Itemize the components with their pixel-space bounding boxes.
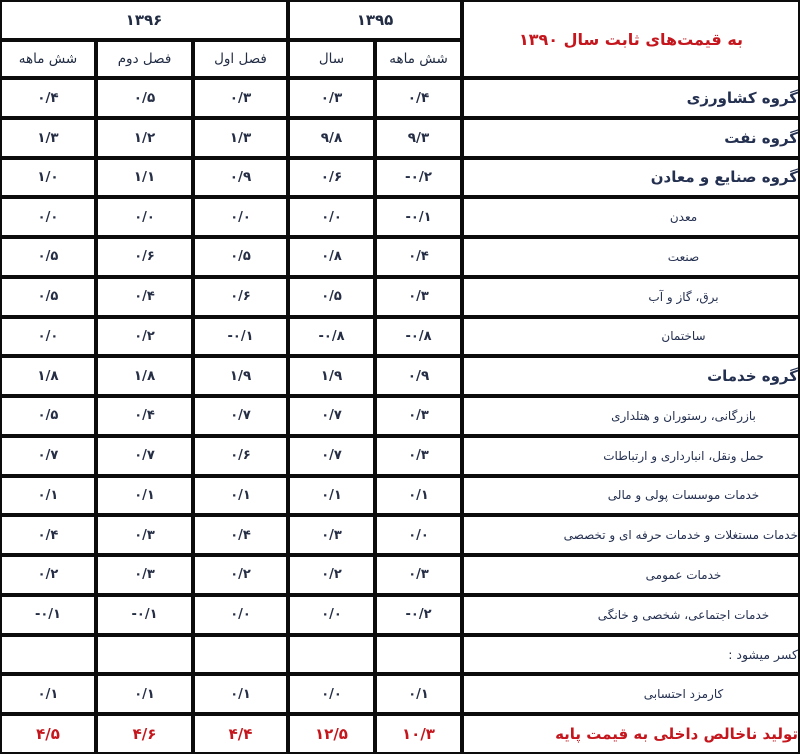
cell-value: ۰/۵ xyxy=(0,277,96,317)
cell-value: ۱/۸ xyxy=(0,356,96,396)
table-row: معدن-۰/۱۰/۰۰/۰۰/۰۰/۰ xyxy=(0,197,800,237)
row-label: خدمات عمومی xyxy=(462,555,800,595)
cell-value: ۰/۳ xyxy=(375,277,462,317)
table-row: کارمزد احتسابی۰/۱۰/۰۰/۱۰/۱۰/۱ xyxy=(0,674,800,714)
col-header-six-months-1395: شش ماهه xyxy=(375,40,462,78)
row-label: خدمات مستغلات و خدمات حرفه ای و تخصصی xyxy=(462,515,800,555)
cell-value: ۰/۵ xyxy=(288,277,375,317)
cell-value: ۰/۱ xyxy=(288,476,375,516)
cell-value: ۰/۵ xyxy=(193,237,288,277)
cell-value: ۰/۹ xyxy=(375,356,462,396)
table-row: برق، گاز و آب۰/۳۰/۵۰/۶۰/۴۰/۵ xyxy=(0,277,800,317)
table-row: خدمات موسسات پولی و مالی۰/۱۰/۱۰/۱۰/۱۰/۱ xyxy=(0,476,800,516)
row-label: خدمات موسسات پولی و مالی xyxy=(462,476,800,516)
cell-value: ۰/۴ xyxy=(375,78,462,118)
col-header-six-months-1396: شش ماهه xyxy=(0,40,96,78)
cell-value: -۰/۱ xyxy=(375,197,462,237)
cell-value xyxy=(0,635,96,675)
cell-value: ۰/۰ xyxy=(288,674,375,714)
cell-value: ۰/۰ xyxy=(375,515,462,555)
cell-value: ۰/۰ xyxy=(288,197,375,237)
table-row: تولید ناخالص داخلی به قیمت پایه۱۰/۳۱۲/۵۴… xyxy=(0,714,800,754)
col-header-second-quarter-1396: فصل دوم xyxy=(96,40,193,78)
cell-value: -۰/۸ xyxy=(375,317,462,357)
cell-value: ۰/۷ xyxy=(288,396,375,436)
cell-value: ۱/۱ xyxy=(96,158,193,198)
cell-value: -۰/۱ xyxy=(193,317,288,357)
cell-value: ۱/۳ xyxy=(193,118,288,158)
row-label: گروه صنایع و معادن xyxy=(462,158,800,198)
row-label: معدن xyxy=(462,197,800,237)
cell-value: -۰/۲ xyxy=(375,595,462,635)
cell-value: ۰/۴ xyxy=(96,277,193,317)
table-row: کسر میشود : xyxy=(0,635,800,675)
cell-value: ۰/۶ xyxy=(193,436,288,476)
cell-value: ۰/۳ xyxy=(193,78,288,118)
cell-value: ۰/۲ xyxy=(193,555,288,595)
table-row: خدمات اجتماعی، شخصی و خانگی-۰/۲۰/۰۰/۰-۰/… xyxy=(0,595,800,635)
row-label: بازرگانی، رستوران و هتلداری xyxy=(462,396,800,436)
cell-value: ۱/۸ xyxy=(96,356,193,396)
cell-value: ۰/۱ xyxy=(193,476,288,516)
cell-value: ۰/۰ xyxy=(0,197,96,237)
cell-value: -۰/۲ xyxy=(375,158,462,198)
cell-value: ۰/۰ xyxy=(96,197,193,237)
cell-value: ۰/۶ xyxy=(288,158,375,198)
row-label: کارمزد احتسابی xyxy=(462,674,800,714)
table-row: صنعت۰/۴۰/۸۰/۵۰/۶۰/۵ xyxy=(0,237,800,277)
cell-value: ۱/۳ xyxy=(0,118,96,158)
scanned-document-page: به قیمت‌های ثابت سال ۱۳۹۰ ۱۳۹۵ ۱۳۹۶ شش م… xyxy=(0,0,800,754)
row-label: حمل ونقل، انبارداری و ارتباطات xyxy=(462,436,800,476)
table-row: خدمات مستغلات و خدمات حرفه ای و تخصصی۰/۰… xyxy=(0,515,800,555)
cell-value: ۰/۱ xyxy=(0,476,96,516)
cell-value: ۰/۷ xyxy=(0,436,96,476)
cell-value: ۰/۰ xyxy=(288,595,375,635)
cell-value: ۰/۲ xyxy=(288,555,375,595)
table-body: گروه کشاورزی۰/۴۰/۳۰/۳۰/۵۰/۴گروه نفت۹/۳۹/… xyxy=(0,78,800,754)
cell-value: ۰/۰ xyxy=(193,197,288,237)
cell-value: ۰/۹ xyxy=(193,158,288,198)
row-label: برق، گاز و آب xyxy=(462,277,800,317)
gdp-growth-table: به قیمت‌های ثابت سال ۱۳۹۰ ۱۳۹۵ ۱۳۹۶ شش م… xyxy=(0,0,800,754)
cell-value: ۱/۰ xyxy=(0,158,96,198)
cell-value: ۰/۱ xyxy=(96,476,193,516)
row-label: صنعت xyxy=(462,237,800,277)
row-label: گروه خدمات xyxy=(462,356,800,396)
cell-value xyxy=(288,635,375,675)
cell-value: ۴/۶ xyxy=(96,714,193,754)
table-row: خدمات عمومی۰/۳۰/۲۰/۲۰/۳۰/۲ xyxy=(0,555,800,595)
cell-value xyxy=(193,635,288,675)
cell-value: ۰/۷ xyxy=(193,396,288,436)
cell-value: ۰/۶ xyxy=(96,237,193,277)
cell-value: ۰/۱ xyxy=(193,674,288,714)
cell-value: ۰/۱ xyxy=(0,674,96,714)
cell-value: ۰/۳ xyxy=(375,555,462,595)
cell-value: ۰/۵ xyxy=(0,237,96,277)
cell-value: ۰/۷ xyxy=(288,436,375,476)
table-row: بازرگانی، رستوران و هتلداری۰/۳۰/۷۰/۷۰/۴۰… xyxy=(0,396,800,436)
cell-value: ۰/۳ xyxy=(288,515,375,555)
cell-value: ۱/۹ xyxy=(193,356,288,396)
cell-value: ۰/۳ xyxy=(96,555,193,595)
cell-value: ۰/۳ xyxy=(375,436,462,476)
row-label: گروه کشاورزی xyxy=(462,78,800,118)
cell-value: -۰/۱ xyxy=(0,595,96,635)
cell-value: ۰/۷ xyxy=(96,436,193,476)
cell-value: ۰/۴ xyxy=(0,515,96,555)
table-row: گروه صنایع و معادن-۰/۲۰/۶۰/۹۱/۱۱/۰ xyxy=(0,158,800,198)
col-header-first-quarter-1396: فصل اول xyxy=(193,40,288,78)
year-header-row: به قیمت‌های ثابت سال ۱۳۹۰ ۱۳۹۵ ۱۳۹۶ xyxy=(0,0,800,40)
table-row: ساختمان-۰/۸-۰/۸-۰/۱۰/۲۰/۰ xyxy=(0,317,800,357)
cell-value xyxy=(96,635,193,675)
cell-value: ۱/۲ xyxy=(96,118,193,158)
cell-value: ۰/۵ xyxy=(0,396,96,436)
cell-value: ۰/۱ xyxy=(375,476,462,516)
table-row: گروه کشاورزی۰/۴۰/۳۰/۳۰/۵۰/۴ xyxy=(0,78,800,118)
col-header-year-1395: سال xyxy=(288,40,375,78)
year-header-1395: ۱۳۹۵ xyxy=(288,0,462,40)
cell-value: ۰/۵ xyxy=(96,78,193,118)
constant-prices-title: به قیمت‌های ثابت سال ۱۳۹۰ xyxy=(462,0,800,78)
cell-value: ۱۰/۳ xyxy=(375,714,462,754)
cell-value: ۹/۳ xyxy=(375,118,462,158)
cell-value: ۴/۴ xyxy=(193,714,288,754)
cell-value: ۱۲/۵ xyxy=(288,714,375,754)
cell-value: ۴/۵ xyxy=(0,714,96,754)
cell-value: ۰/۰ xyxy=(193,595,288,635)
cell-value: ۱/۹ xyxy=(288,356,375,396)
cell-value xyxy=(375,635,462,675)
cell-value: ۰/۶ xyxy=(193,277,288,317)
cell-value: ۰/۴ xyxy=(193,515,288,555)
cell-value: ۰/۲ xyxy=(0,555,96,595)
table-row: حمل ونقل، انبارداری و ارتباطات۰/۳۰/۷۰/۶۰… xyxy=(0,436,800,476)
cell-value: ۰/۲ xyxy=(96,317,193,357)
cell-value: ۰/۳ xyxy=(288,78,375,118)
cell-value: -۰/۱ xyxy=(96,595,193,635)
cell-value: -۰/۸ xyxy=(288,317,375,357)
cell-value: ۰/۴ xyxy=(375,237,462,277)
row-label: تولید ناخالص داخلی به قیمت پایه xyxy=(462,714,800,754)
table-row: گروه نفت۹/۳۹/۸۱/۳۱/۲۱/۳ xyxy=(0,118,800,158)
table-row: گروه خدمات۰/۹۱/۹۱/۹۱/۸۱/۸ xyxy=(0,356,800,396)
cell-value: ۰/۱ xyxy=(375,674,462,714)
cell-value: ۰/۸ xyxy=(288,237,375,277)
row-label: ساختمان xyxy=(462,317,800,357)
cell-value: ۹/۸ xyxy=(288,118,375,158)
cell-value: ۰/۴ xyxy=(0,78,96,118)
cell-value: ۰/۰ xyxy=(0,317,96,357)
cell-value: ۰/۴ xyxy=(96,396,193,436)
cell-value: ۰/۳ xyxy=(96,515,193,555)
cell-value: ۰/۱ xyxy=(96,674,193,714)
row-label: خدمات اجتماعی، شخصی و خانگی xyxy=(462,595,800,635)
table-header: به قیمت‌های ثابت سال ۱۳۹۰ ۱۳۹۵ ۱۳۹۶ شش م… xyxy=(0,0,800,78)
row-label: کسر میشود : xyxy=(462,635,800,675)
cell-value: ۰/۳ xyxy=(375,396,462,436)
row-label: گروه نفت xyxy=(462,118,800,158)
year-header-1396: ۱۳۹۶ xyxy=(0,0,288,40)
